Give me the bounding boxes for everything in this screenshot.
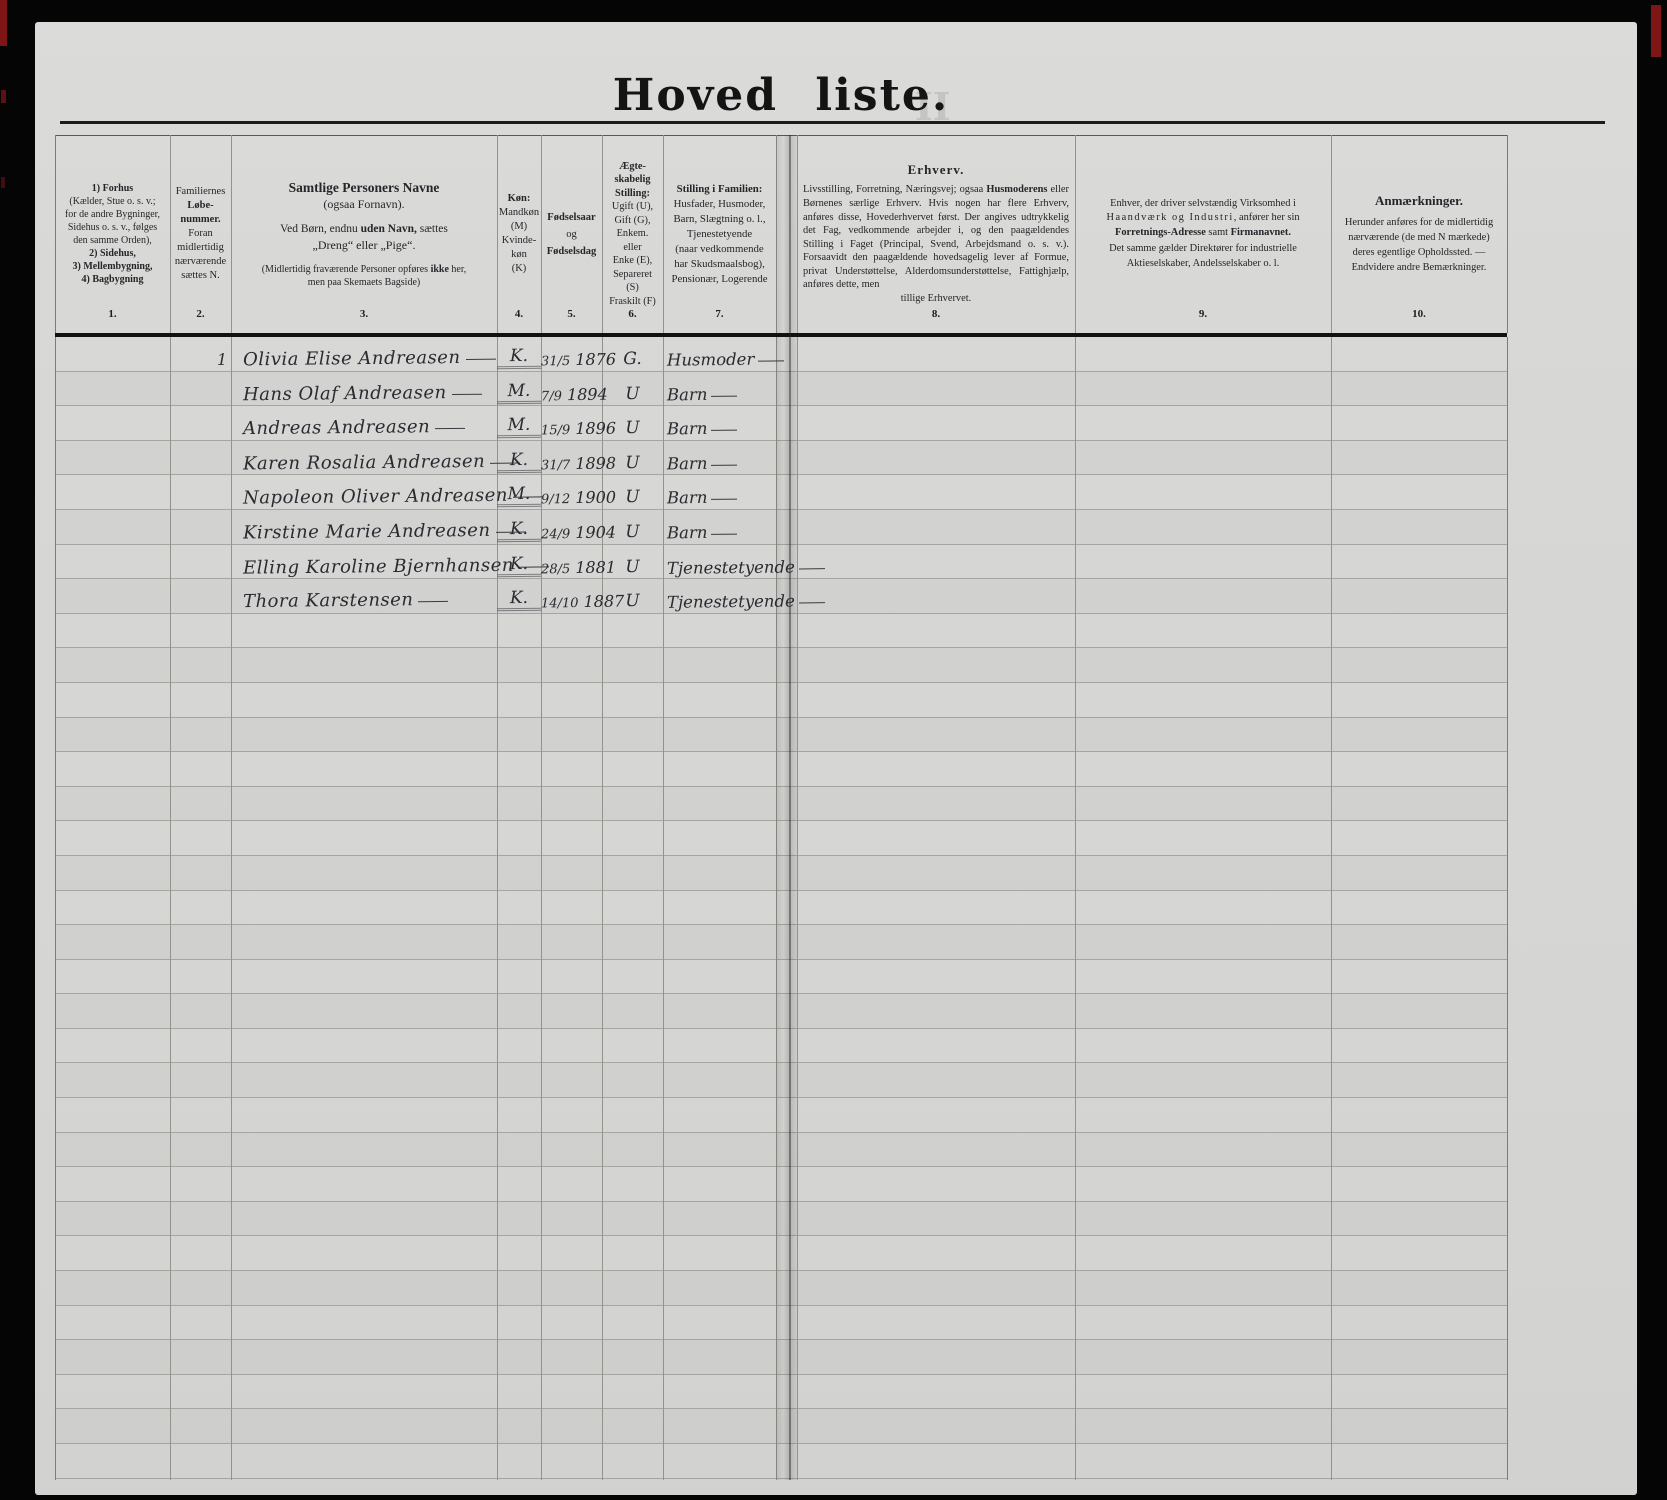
column-line: [231, 135, 232, 333]
column-line: [541, 135, 542, 333]
entry-position: Barn: [667, 384, 738, 404]
table-row: 1 Olivia Elise Andreasen K. 31/5 1876 G.…: [55, 337, 1507, 372]
column-header-sex: Køn: Mandkøn (M) Kvinde- køn (K): [497, 135, 541, 333]
table-row: Karen Rosalia Andreasen K. 31/7 1898 U B…: [55, 441, 1507, 476]
entry-position: Barn: [667, 522, 738, 542]
column-line: [170, 135, 171, 333]
column-line: [602, 135, 603, 333]
column-header-business-address: Enhver, der driver selvstændig Virksomhe…: [1075, 135, 1331, 333]
table-row: Napoleon Oliver Andreasen M. 9/12 1900 U…: [55, 475, 1507, 510]
entry-name: Thora Karstensen: [243, 589, 449, 612]
table-row: Hans Olaf Andreasen M. 7/9 1894 U Barn: [55, 372, 1507, 407]
entry-sex: M.: [497, 414, 541, 437]
table-row: Andreas Andreasen M. 15/9 1896 U Barn: [55, 406, 1507, 441]
column-line: [497, 135, 498, 333]
column-number: 10.: [1331, 308, 1507, 328]
entry-name: Andreas Andreasen: [243, 415, 465, 438]
entry-sex: K.: [497, 449, 541, 472]
column-header-names: Samtlige Personers Navne (ogsaa Fornavn)…: [231, 135, 497, 333]
entry-marital-status: U: [602, 452, 663, 473]
page-title: Hoved liste.: [55, 70, 1507, 121]
census-form-page: Hoved liste. II 1) Forhus (Kælder, Stue …: [35, 22, 1637, 1495]
entry-sex: K.: [497, 587, 541, 610]
entry-position: Barn: [667, 418, 738, 438]
column-header-building: 1) Forhus (Kælder, Stue o. s. v.; for de…: [55, 135, 170, 333]
table-row: Thora Karstensen K. 14/10 1887 U Tjenest…: [55, 579, 1507, 614]
entry-sex: M.: [497, 380, 541, 403]
entry-sex: K.: [497, 553, 541, 576]
column-line: [1507, 337, 1508, 1480]
entry-position: Tjenestetyende: [667, 591, 825, 612]
column-number: 7.: [663, 308, 776, 328]
entry-marital-status: U: [602, 486, 663, 507]
column-line: [1331, 135, 1332, 333]
entry-marital-status: U: [602, 590, 663, 611]
column-line: [55, 135, 56, 333]
entry-marital-status: U: [602, 417, 663, 438]
entry-name: Kirstine Marie Andreasen: [243, 519, 526, 543]
entry-name: Olivia Elise Andreasen: [243, 346, 496, 370]
entry-position: Tjenestetyende: [667, 557, 825, 578]
entry-marital-status: U: [602, 521, 663, 542]
entry-position: Barn: [667, 453, 738, 473]
scan-mark-red: [0, 0, 7, 46]
scan-mark-red: [1651, 5, 1661, 57]
column-header-birthdate: Fødselsaar og Fødselsdag: [541, 135, 602, 333]
column-number: 8.: [797, 308, 1075, 328]
entry-sex: M.: [497, 483, 541, 506]
entry-name: Karen Rosalia Andreasen: [243, 450, 520, 474]
column-number: 5.: [541, 308, 602, 328]
entry-position: Barn: [667, 487, 738, 507]
title-rule: [60, 121, 1605, 124]
column-number: 6.: [602, 308, 663, 328]
column-header-occupation: Erhverv. Livsstilling, Forretning, Nærin…: [797, 135, 1075, 333]
column-header-family-number: Familiernes Løbe- nummer. Foran midlerti…: [170, 135, 231, 333]
scan-mark-red: [1, 177, 5, 188]
column-line: [663, 135, 664, 333]
column-number: 3.: [231, 308, 497, 328]
entry-sex: K.: [497, 518, 541, 541]
table-row: Kirstine Marie Andreasen K. 24/9 1904 U …: [55, 510, 1507, 545]
column-header-marital-status: Ægte- skabelig Stilling: Ugift (U), Gift…: [602, 135, 663, 333]
column-line: [1507, 135, 1508, 333]
column-number: 4.: [497, 308, 541, 328]
entry-marital-status: U: [602, 383, 663, 404]
column-number: 9.: [1075, 308, 1331, 328]
entry-name: Hans Olaf Andreasen: [243, 381, 482, 404]
entry-marital-status: G.: [602, 348, 663, 369]
scan-mark-red: [1, 90, 6, 103]
column-number: 1.: [55, 308, 170, 328]
entry-birthdate: 7/9 1894: [541, 384, 608, 404]
column-line: [797, 135, 798, 333]
column-number: 2.: [170, 308, 231, 328]
column-line: [1075, 135, 1076, 333]
entry-marital-status: U: [602, 556, 663, 577]
entry-position: Husmoder: [667, 349, 784, 369]
column-header-remarks: Anmærkninger. Herunder anføres for de mi…: [1331, 135, 1507, 333]
table-row: Elling Karoline Bjernhansen K. 28/5 1881…: [55, 545, 1507, 580]
scanned-page-stage: Hoved liste. II 1) Forhus (Kælder, Stue …: [0, 0, 1667, 1500]
column-header-family-position: Stilling i Familien: Husfader, Husmoder,…: [663, 135, 776, 333]
entry-sex: K.: [497, 345, 541, 368]
